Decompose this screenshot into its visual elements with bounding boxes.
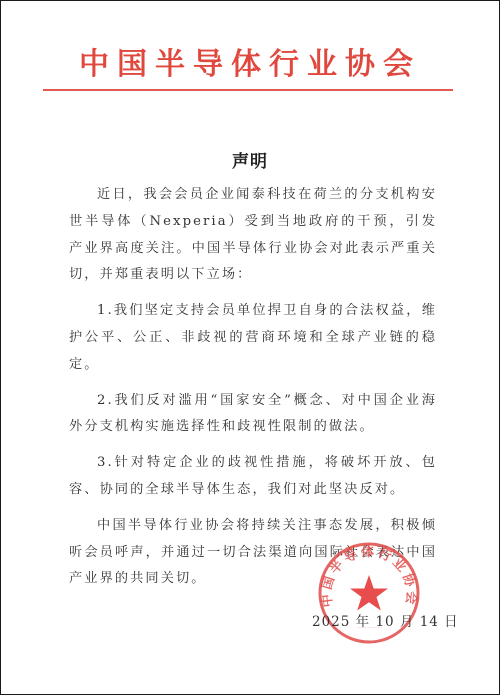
paragraph-point-3: 3.针对特定企业的歧视性措施，将破坏开放、包容、协同的全球半导体生态，我们对此坚…: [69, 450, 437, 504]
letterhead-divider: [43, 89, 453, 91]
letterhead-organization: 中国半导体行业协会: [1, 39, 499, 83]
document-title: 声明: [1, 147, 499, 172]
document-date: 2025 年 10 月 14 日: [312, 610, 459, 630]
document-page: 中国半导体行业协会 声明 近日，我会会员企业闻泰科技在荷兰的分支机构安世半导体（…: [0, 0, 500, 695]
document-body: 近日，我会会员企业闻泰科技在荷兰的分支机构安世半导体（Nexperia）受到当地…: [69, 182, 437, 602]
paragraph-point-2: 2.我们反对滥用“国家安全”概念、对中国企业海外分支机构实施选择性和歧视性限制的…: [69, 388, 437, 442]
star-icon: [350, 575, 388, 611]
paragraph-intro: 近日，我会会员企业闻泰科技在荷兰的分支机构安世半导体（Nexperia）受到当地…: [69, 182, 437, 289]
paragraph-point-1: 1.我们坚定支持会员单位捍卫自身的合法权益，维护公平、公正、非歧视的营商环境和全…: [69, 298, 437, 378]
